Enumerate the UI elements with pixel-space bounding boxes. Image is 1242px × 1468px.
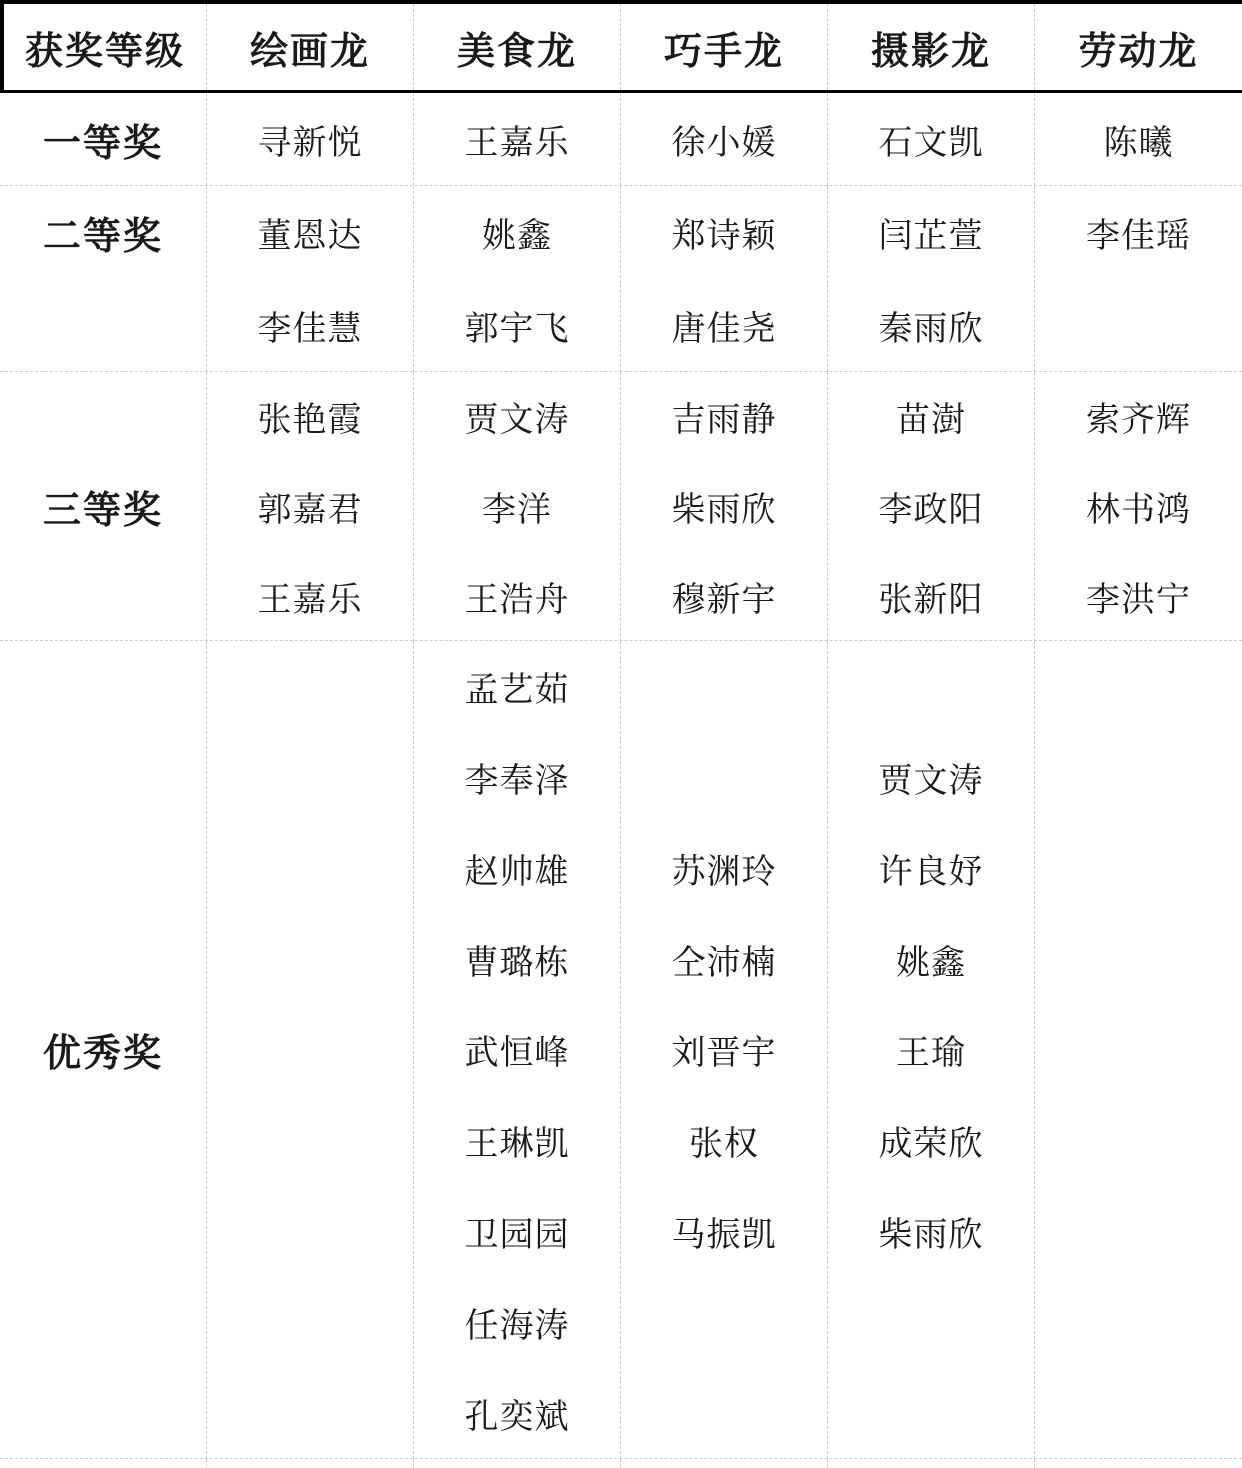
student-name: 闫芷萱 [879, 208, 984, 257]
student-name-slot: 贾文涛 [414, 372, 620, 462]
header-cell-labor-dragon: 劳动龙 [1035, 4, 1242, 90]
student-name: 郭宇飞 [465, 301, 570, 350]
student-name-slot: 王嘉乐 [414, 93, 620, 185]
student-name: 姚鑫 [482, 208, 552, 257]
student-name-slot: 王浩舟 [414, 551, 620, 641]
student-name-slot: 曹璐栋 [414, 914, 620, 1005]
student-name: 苗澍 [896, 392, 966, 441]
student-name-slot: 陈曦 [1035, 93, 1242, 185]
empty-cell [1035, 1459, 1242, 1468]
student-name: 索齐辉 [1086, 392, 1191, 441]
student-name-slot: 闫芷萱 [828, 186, 1034, 279]
empty-cell [207, 1459, 414, 1468]
student-name: 王瑜 [896, 1025, 966, 1074]
cell-second-prize-craft-dragon: 郑诗颖唐佳尧 [621, 186, 828, 372]
student-name: 曹璐栋 [465, 935, 570, 984]
cell-second-prize-painting-dragon: 董恩达李佳慧 [207, 186, 414, 372]
student-name: 王嘉乐 [465, 115, 570, 164]
row-label-cell-second-prize: 二等奖 [0, 186, 207, 372]
student-name-slot: 董恩达 [207, 186, 413, 279]
header-cell-award-level: 获奖等级 [0, 4, 207, 90]
row-label: 二等奖 [43, 205, 163, 260]
empty-cell [621, 1459, 828, 1468]
student-name: 孟艺茹 [465, 662, 570, 711]
cell-first-prize-labor-dragon: 陈曦 [1035, 93, 1242, 185]
student-name-slot: 许良妤 [828, 823, 1034, 914]
student-name-slot: 吉雨静 [621, 372, 827, 462]
student-name: 王琳凯 [465, 1116, 570, 1165]
student-name-slot: 武恒峰 [414, 1005, 620, 1096]
header-label: 巧手龙 [664, 20, 784, 75]
student-name-slot: 苏渊玲 [621, 823, 827, 914]
student-name-slot: 刘晋宇 [621, 1005, 827, 1096]
student-name-slot: 仝沛楠 [621, 914, 827, 1005]
student-name: 孔奕斌 [465, 1389, 570, 1438]
student-name-slot: 郭宇飞 [414, 279, 620, 372]
student-name-slot: 王瑜 [828, 1005, 1034, 1096]
student-name-slot: 索齐辉 [1035, 372, 1242, 462]
student-name: 任海涛 [465, 1298, 570, 1347]
award-results-table: 获奖等级绘画龙美食龙巧手龙摄影龙劳动龙一等奖寻新悦王嘉乐徐小媛石文凯陈曦二等奖董… [0, 0, 1242, 1468]
student-name: 张新阳 [879, 572, 984, 621]
row-label-cell-excellence-award: 优秀奖 [0, 641, 207, 1459]
student-name: 张权 [689, 1116, 759, 1165]
student-name: 赵帅雄 [465, 844, 570, 893]
student-name: 李政阳 [879, 482, 984, 531]
student-name: 寻新悦 [258, 115, 363, 164]
cell-excellence-award-photography-dragon: 贾文涛许良妤姚鑫王瑜成荣欣柴雨欣 [828, 641, 1035, 1459]
student-name-slot: 张新阳 [828, 551, 1034, 641]
student-name-slot: 徐小媛 [621, 93, 827, 185]
student-name: 卫园园 [465, 1207, 570, 1256]
student-name: 马振凯 [672, 1207, 777, 1256]
row-label: 优秀奖 [43, 1022, 163, 1077]
row-label: 三等奖 [43, 479, 163, 534]
table-bottom-strip [0, 1458, 1242, 1468]
student-name: 石文凯 [879, 115, 984, 164]
student-name-slot: 李佳瑶 [1035, 186, 1242, 279]
student-name-slot: 李洋 [414, 462, 620, 552]
row-label-cell-third-prize: 三等奖 [0, 372, 207, 641]
header-label: 摄影龙 [871, 20, 991, 75]
cell-second-prize-photography-dragon: 闫芷萱秦雨欣 [828, 186, 1035, 372]
student-name: 穆新宇 [672, 572, 777, 621]
student-name-slot: 赵帅雄 [414, 823, 620, 914]
cell-second-prize-labor-dragon: 李佳瑶 [1035, 186, 1242, 372]
cell-first-prize-food-dragon: 王嘉乐 [414, 93, 621, 185]
student-name: 董恩达 [258, 208, 363, 257]
student-name: 秦雨欣 [879, 301, 984, 350]
cell-excellence-award-painting-dragon [207, 641, 414, 1459]
student-name: 郭嘉君 [258, 482, 363, 531]
header-cell-food-dragon: 美食龙 [414, 4, 621, 90]
student-name-slot: 柴雨欣 [828, 1186, 1034, 1277]
empty-cell [0, 1459, 207, 1468]
student-name-slot: 郑诗颖 [621, 186, 827, 279]
table-row-first-prize: 一等奖寻新悦王嘉乐徐小媛石文凯陈曦 [0, 93, 1242, 185]
student-name: 刘晋宇 [672, 1025, 777, 1074]
student-name-slot: 柴雨欣 [621, 462, 827, 552]
student-name: 柴雨欣 [672, 482, 777, 531]
student-name: 王浩舟 [465, 572, 570, 621]
empty-slot [621, 732, 827, 823]
student-name-slot: 王嘉乐 [207, 551, 413, 641]
cell-first-prize-painting-dragon: 寻新悦 [207, 93, 414, 185]
table-row-excellence-award: 优秀奖孟艺茹李奉泽赵帅雄曹璐栋武恒峰王琳凯卫园园任海涛孔奕斌苏渊玲仝沛楠刘晋宇张… [0, 640, 1242, 1458]
cell-third-prize-painting-dragon: 张艳霞郭嘉君王嘉乐 [207, 372, 414, 641]
row-label-cell-first-prize: 一等奖 [0, 93, 207, 185]
student-name: 张艳霞 [258, 392, 363, 441]
cell-first-prize-photography-dragon: 石文凯 [828, 93, 1035, 185]
student-name-slot: 寻新悦 [207, 93, 413, 185]
student-name-slot: 马振凯 [621, 1186, 827, 1277]
cell-excellence-award-craft-dragon: 苏渊玲仝沛楠刘晋宇张权马振凯 [621, 641, 828, 1459]
student-name-slot: 孟艺茹 [414, 641, 620, 732]
header-label: 美食龙 [457, 20, 577, 75]
cell-third-prize-craft-dragon: 吉雨静柴雨欣穆新宇 [621, 372, 828, 641]
student-name: 武恒峰 [465, 1025, 570, 1074]
empty-slot [828, 641, 1034, 732]
student-name: 贾文涛 [879, 753, 984, 802]
table-row-second-prize: 二等奖董恩达李佳慧姚鑫郭宇飞郑诗颖唐佳尧闫芷萱秦雨欣李佳瑶 [0, 185, 1242, 371]
table-header-row: 获奖等级绘画龙美食龙巧手龙摄影龙劳动龙 [0, 4, 1242, 93]
student-name: 徐小媛 [672, 115, 777, 164]
student-name-slot: 成荣欣 [828, 1095, 1034, 1186]
student-name-slot: 孔奕斌 [414, 1368, 620, 1459]
cell-first-prize-craft-dragon: 徐小媛 [621, 93, 828, 185]
empty-cell [414, 1459, 621, 1468]
student-name-slot: 苗澍 [828, 372, 1034, 462]
student-name: 许良妤 [879, 844, 984, 893]
student-name: 仝沛楠 [672, 935, 777, 984]
student-name-slot: 任海涛 [414, 1277, 620, 1368]
student-name-slot: 李佳慧 [207, 279, 413, 372]
student-name-slot: 李洪宁 [1035, 551, 1242, 641]
empty-cell [828, 1459, 1035, 1468]
student-name: 姚鑫 [896, 935, 966, 984]
cell-third-prize-labor-dragon: 索齐辉林书鸿李洪宁 [1035, 372, 1242, 641]
student-name: 柴雨欣 [879, 1207, 984, 1256]
student-name-slot: 李奉泽 [414, 732, 620, 823]
student-name: 贾文涛 [465, 392, 570, 441]
student-name: 郑诗颖 [672, 208, 777, 257]
header-label: 绘画龙 [250, 20, 370, 75]
empty-slot [621, 641, 827, 732]
student-name-slot: 穆新宇 [621, 551, 827, 641]
row-label: 一等奖 [43, 112, 163, 167]
student-name: 李奉泽 [465, 753, 570, 802]
student-name-slot: 唐佳尧 [621, 279, 827, 372]
student-name: 王嘉乐 [258, 572, 363, 621]
student-name-slot: 石文凯 [828, 93, 1034, 185]
student-name-slot: 张艳霞 [207, 372, 413, 462]
header-label: 获奖等级 [25, 20, 185, 75]
table-row-third-prize: 三等奖张艳霞郭嘉君王嘉乐贾文涛李洋王浩舟吉雨静柴雨欣穆新宇苗澍李政阳张新阳索齐辉… [0, 371, 1242, 640]
student-name-slot: 林书鸿 [1035, 462, 1242, 552]
student-name-slot: 李政阳 [828, 462, 1034, 552]
student-name-slot: 姚鑫 [414, 186, 620, 279]
student-name: 李洪宁 [1086, 572, 1191, 621]
student-name-slot: 张权 [621, 1095, 827, 1186]
header-cell-photography-dragon: 摄影龙 [828, 4, 1035, 90]
cell-excellence-award-labor-dragon [1035, 641, 1242, 1459]
header-cell-craft-dragon: 巧手龙 [621, 4, 828, 90]
row-label-slot: 二等奖 [0, 186, 206, 279]
student-name: 李佳慧 [258, 301, 363, 350]
student-name: 苏渊玲 [672, 844, 777, 893]
cell-third-prize-photography-dragon: 苗澍李政阳张新阳 [828, 372, 1035, 641]
cell-second-prize-food-dragon: 姚鑫郭宇飞 [414, 186, 621, 372]
header-cell-painting-dragon: 绘画龙 [207, 4, 414, 90]
student-name: 李佳瑶 [1086, 208, 1191, 257]
student-name: 唐佳尧 [672, 301, 777, 350]
cell-third-prize-food-dragon: 贾文涛李洋王浩舟 [414, 372, 621, 641]
cell-excellence-award-food-dragon: 孟艺茹李奉泽赵帅雄曹璐栋武恒峰王琳凯卫园园任海涛孔奕斌 [414, 641, 621, 1459]
student-name-slot: 姚鑫 [828, 914, 1034, 1005]
student-name-slot: 卫园园 [414, 1186, 620, 1277]
student-name: 陈曦 [1104, 115, 1174, 164]
student-name: 成荣欣 [879, 1116, 984, 1165]
student-name-slot: 王琳凯 [414, 1095, 620, 1186]
student-name: 林书鸿 [1086, 482, 1191, 531]
student-name: 李洋 [482, 482, 552, 531]
student-name-slot: 郭嘉君 [207, 462, 413, 552]
student-name: 吉雨静 [672, 392, 777, 441]
header-label: 劳动龙 [1078, 20, 1198, 75]
student-name-slot: 贾文涛 [828, 732, 1034, 823]
student-name-slot: 秦雨欣 [828, 279, 1034, 372]
